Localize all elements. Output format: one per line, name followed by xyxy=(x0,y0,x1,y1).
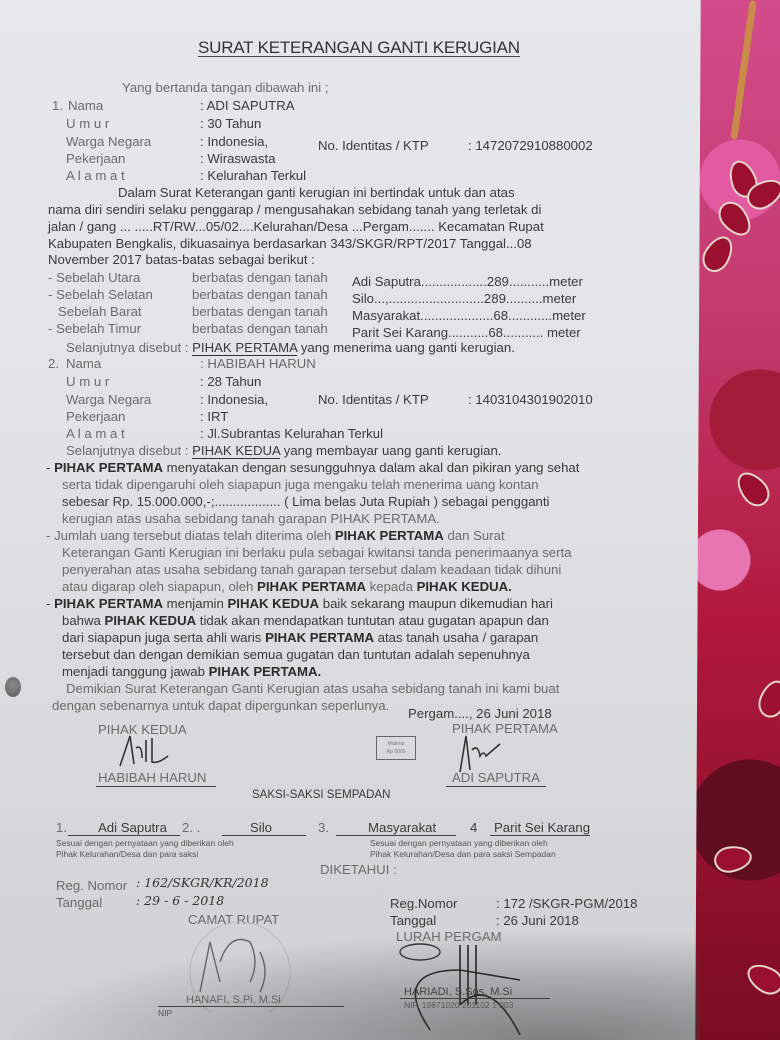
label-pekerjaan: Pekerjaan xyxy=(66,409,125,424)
alias-suffix: yang menerima uang ganti kerugian. xyxy=(301,340,515,355)
fabric-stem xyxy=(730,0,756,140)
boundary-relation: berbatas dengan tanah xyxy=(192,270,328,285)
party2-umur: : 28 Tahun xyxy=(200,374,261,389)
clause2-line: penyerahan atas usaha sebidang tanah gar… xyxy=(62,562,561,577)
clause3-text: bahwa xyxy=(62,613,105,628)
party1-ktp: : 1472072910880002 xyxy=(468,138,593,153)
para1-line: nama diri sendiri selaku penggarap / men… xyxy=(48,202,541,217)
alias-suffix: yang membayar uang ganti kerugian. xyxy=(284,443,502,458)
pihak-kedua-alias: PIHAK KEDUA xyxy=(192,443,280,459)
sig-left-line xyxy=(96,786,216,787)
clause3-text: baik sekarang maupun dikemudian hari xyxy=(319,596,553,611)
document: SURAT KETERANGAN GANTI KERUGIAN Yang ber… xyxy=(0,0,700,1040)
clause1-line: menyatakan dengan sesungguhnya dalam aka… xyxy=(163,460,579,475)
camat-date-label: Tanggal xyxy=(56,895,102,910)
lurah-reg-label: Reg.Nomor xyxy=(390,896,457,911)
lurah-reg-value: : 172 /SKGR-PGM/2018 xyxy=(496,896,637,911)
witness-name: Masyarakat xyxy=(368,820,436,835)
lurah-date-value: : 26 Juni 2018 xyxy=(496,913,579,928)
camat-date-value: : 29 - 6 - 2018 xyxy=(136,893,224,908)
diketahui-title: DIKETAHUI : xyxy=(320,862,397,877)
clause3-text: menjadi tanggung jawab xyxy=(62,664,209,679)
materai-stamp: MateraiRp 6000 xyxy=(376,736,416,760)
pihak-kedua-ref: PIHAK KEDUA xyxy=(105,613,197,628)
boundary-owner: Silo...,..........................289...… xyxy=(352,291,576,306)
para1-line: November 2017 batas-batas sebagai beriku… xyxy=(48,252,315,267)
label-pekerjaan: Pekerjaan xyxy=(66,151,125,166)
label-nama: Nama xyxy=(66,356,101,371)
pihak-kedua-ref: PIHAK KEDUA. xyxy=(417,579,512,594)
fabric-flower xyxy=(731,466,775,512)
party2-warga: : Indonesia, xyxy=(200,392,268,407)
witness-number: 1. xyxy=(56,820,67,835)
party1-number: 1. xyxy=(52,98,63,113)
party1-pekerjaan: : Wiraswasta xyxy=(200,151,275,166)
label-warga: Warga Negara xyxy=(66,134,151,149)
party2-alamat: : Jl.Subrantas Kelurahan Terkul xyxy=(200,426,383,441)
clause3-text: dari siapapun juga serta ahli waris xyxy=(62,630,265,645)
clause3-text: menjamin xyxy=(163,596,228,611)
closing-line: dengan sebenarnya untuk dapat dipergunka… xyxy=(52,698,389,713)
clause2-kepada: kepada xyxy=(370,579,413,594)
party1-alamat: : Kelurahan Terkul xyxy=(200,168,306,183)
camat-reg-value: : 162/SKGR/KR/2018 xyxy=(136,875,269,890)
camat-reg-label: Reg. Nomor xyxy=(56,878,127,893)
clause2-surat: dan Surat xyxy=(447,528,504,543)
label-alamat: A l a m a t xyxy=(66,168,125,183)
pihak-pertama-ref: PIHAK PERTAMA xyxy=(335,528,444,543)
witness-note: Pihak Kelurahan/Desa dan para saksi Semp… xyxy=(370,849,556,860)
pihak-pertama-ref: PIHAK PERTAMA xyxy=(54,596,163,611)
witness-line xyxy=(490,835,590,836)
witness-name: Parit Sei Karang xyxy=(494,820,590,835)
clause1-line: sebesar Rp. 15.000.000,-;...............… xyxy=(62,494,550,509)
pihak-kedua-ref: PIHAK KEDUA xyxy=(227,596,319,611)
sig-left-name: HABIBAH HARUN xyxy=(98,770,206,785)
signature-habibah xyxy=(112,730,172,770)
boundary-side: Sebelah Timur xyxy=(56,321,141,336)
party1-warga: : Indonesia, xyxy=(200,134,268,149)
boundary-relation: berbatas dengan tanah xyxy=(192,321,328,336)
fabric-flower xyxy=(754,677,780,722)
party2-pekerjaan: : IRT xyxy=(200,409,228,424)
witness-note: Sesuai dengan pernyataan yang diberikan … xyxy=(370,838,548,849)
boundary-owner: Masyarakat....................68........… xyxy=(352,308,586,323)
sig-right-name: ADI SAPUTRA xyxy=(452,770,540,785)
pihak-pertama-ref: PIHAK PERTAMA xyxy=(265,630,374,645)
fabric-flower xyxy=(697,231,739,277)
fabric-flower xyxy=(742,958,780,1000)
clause2-line: atau digarap oleh siapapun, oleh xyxy=(62,579,253,594)
boundary-relation: berbatas dengan tanah xyxy=(192,304,328,319)
clause3-text: tidak akan mendapatkan tuntutan atau gug… xyxy=(196,613,549,628)
party1-nama: : ADI SAPUTRA xyxy=(200,98,295,113)
party1-umur: : 30 Tahun xyxy=(200,116,261,131)
sig-right-line xyxy=(446,786,546,787)
party2-number: 2. xyxy=(48,356,59,371)
pihak-pertama-alias: PIHAK PERTAMA xyxy=(192,340,297,356)
boundary-owner: Parit Sei Karang...........68...........… xyxy=(352,325,581,340)
lurah-date-label: Tanggal xyxy=(390,913,436,928)
label-nama: Nama xyxy=(68,98,103,113)
witness-number: 2. . xyxy=(182,820,200,835)
para1-line: jalan / gang ... .....RT/RW...05/02....K… xyxy=(48,219,544,234)
boundary-side: Sebelah Utara xyxy=(56,270,140,285)
fabric-flower xyxy=(712,843,754,875)
witness-note: Sesuai dengan pernyataan yang diberikan … xyxy=(56,838,234,849)
witness-name: Adi Saputra xyxy=(98,820,167,835)
label-alamat: A l a m a t xyxy=(66,426,125,441)
clause1-line: serta tidak dipengaruhi oleh siapapun ju… xyxy=(62,477,539,492)
boundary-side: Sebelah Selatan xyxy=(56,287,153,302)
clause2-line: Keterangan Ganti Kerugian ini berlaku pu… xyxy=(62,545,572,560)
alias-prefix: Selanjutnya disebut : xyxy=(66,443,188,458)
place-date: Pergam...., 26 Juni 2018 xyxy=(408,706,552,721)
boundary-owner: Adi Saputra..................289........… xyxy=(352,274,583,289)
boundary-relation: berbatas dengan tanah xyxy=(192,287,328,302)
boundary-side: Sebelah Barat xyxy=(58,304,142,319)
para1-line: Dalam Surat Keterangan ganti kerugian in… xyxy=(118,185,515,200)
closing-line: Demikian Surat Keterangan Ganti Kerugian… xyxy=(66,681,559,696)
pihak-pertama-ref: PIHAK PERTAMA. xyxy=(209,664,322,679)
witness-number: 3. xyxy=(318,820,329,835)
witness-number: 4 xyxy=(470,820,477,835)
witness-line xyxy=(336,835,456,836)
witnesses-title: SAKSI-SAKSI SEMPADAN xyxy=(252,788,390,803)
pihak-pertama-ref: PIHAK PERTAMA xyxy=(257,579,366,594)
clause1-bold: PIHAK PERTAMA xyxy=(54,460,163,475)
witness-name: Silo xyxy=(250,820,272,835)
clause3-text: atas tanah usaha / garapan xyxy=(374,630,538,645)
para1-line: Kabupaten Bengkalis, dikuasainya berdasa… xyxy=(48,236,532,251)
party2-ktp-label: No. Identitas / KTP xyxy=(318,392,429,407)
party1-ktp-label: No. Identitas / KTP xyxy=(318,138,429,153)
document-title: SURAT KETERANGAN GANTI KERUGIAN xyxy=(198,40,520,57)
witness-line xyxy=(68,835,180,836)
party2-ktp: : 1403104301902010 xyxy=(468,392,593,407)
intro-text: Yang bertanda tangan dibawah ini ; xyxy=(122,80,329,95)
witness-line xyxy=(222,835,306,836)
label-warga: Warga Negara xyxy=(66,392,151,407)
clause2-line: Jumlah uang tersebut diatas telah diteri… xyxy=(54,528,331,543)
witness-note: Pihak Kelurahan/Desa dan para saksi xyxy=(56,849,198,860)
label-umur: U m u r xyxy=(66,116,109,131)
photo-shadow xyxy=(0,930,700,1040)
signature-adi xyxy=(448,730,508,775)
party2-nama: : HABIBAH HARUN xyxy=(200,356,316,371)
label-umur: U m u r xyxy=(66,374,109,389)
alias-prefix: Selanjutnya disebut : xyxy=(66,340,188,355)
clause1-line: kerugian atas usaha sebidang tanah garap… xyxy=(62,511,440,526)
clause3-text: tersebut dan dengan demikian semua gugat… xyxy=(62,647,530,662)
